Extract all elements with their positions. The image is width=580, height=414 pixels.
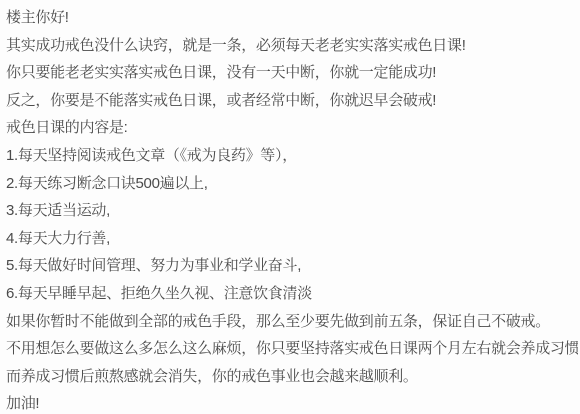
- closing-line: 加油!: [6, 390, 578, 414]
- post-body: 楼主你好! 其实成功戒色没什么诀窍，就是一条，必须每天老老实实落实戒色日课! 你…: [0, 0, 580, 414]
- warning-line: 反之，你要是不能落实戒色日课，或者经常中断，你就迟早会破戒!: [6, 87, 578, 115]
- list-item-4: 4.每天大力行善,: [6, 225, 578, 253]
- habit-line-1: 不用想怎么要做这么多怎么这么麻烦，你只要坚持落实戒色日课两个月左右就会养成习惯，: [6, 335, 578, 363]
- habit-line-2: 而养成习惯后煎熬感就会消失，你的戒色事业也会越来越顺利。: [6, 363, 578, 391]
- list-item-6: 6.每天早睡早起、拒绝久坐久视、注意饮食清淡: [6, 280, 578, 308]
- advice-line: 如果你暂时不能做到全部的戒色手段，那么至少要先做到前五条，保证自己不破戒。: [6, 308, 578, 336]
- list-item-5: 5.每天做好时间管理、努力为事业和学业奋斗,: [6, 252, 578, 280]
- intro-line: 其实成功戒色没什么诀窍，就是一条，必须每天老老实实落实戒色日课!: [6, 32, 578, 60]
- success-line: 你只要能老老实实落实戒色日课，没有一天中断，你就一定能成功!: [6, 59, 578, 87]
- list-item-1: 1.每天坚持阅读戒色文章（《戒为良药》等），: [6, 142, 578, 170]
- list-intro-line: 戒色日课的内容是:: [6, 114, 578, 142]
- list-item-3: 3.每天适当运动,: [6, 197, 578, 225]
- greeting-line: 楼主你好!: [6, 4, 578, 32]
- list-item-2: 2.每天练习断念口诀500遍以上,: [6, 170, 578, 198]
